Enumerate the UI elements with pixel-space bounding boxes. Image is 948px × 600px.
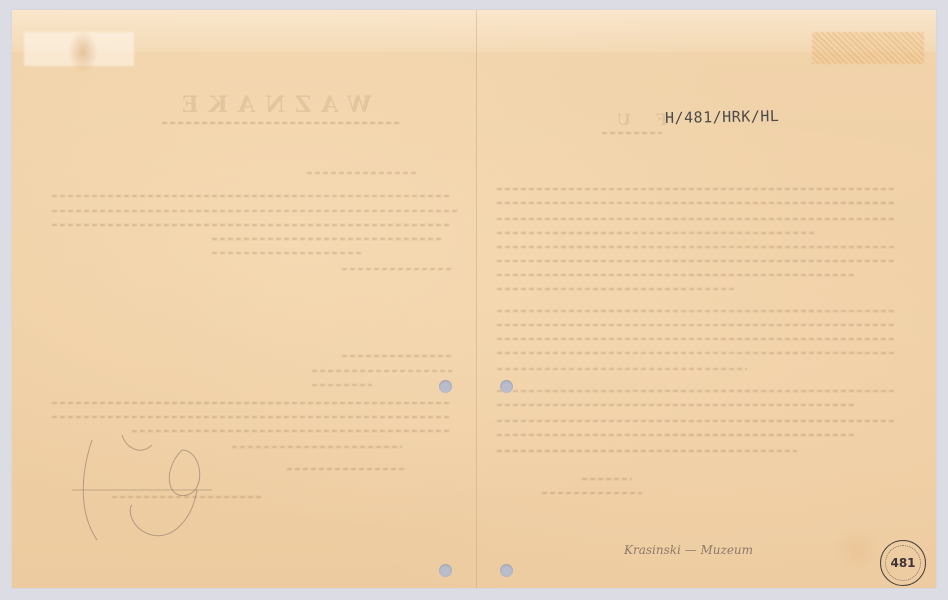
punch-hole	[500, 564, 513, 577]
bleed-through-line	[287, 468, 407, 470]
bleed-through-line	[52, 402, 452, 404]
bleed-through-line	[52, 224, 452, 226]
museum-stamp: 481	[880, 540, 926, 586]
bleed-through-line	[212, 238, 442, 240]
bleed-through-line	[497, 188, 897, 190]
bleed-through-line	[497, 202, 897, 204]
bleed-through-line	[342, 268, 452, 270]
pencil-signature-icon	[72, 430, 272, 550]
bleed-through-line	[542, 492, 642, 494]
bleed-through-header: WAZNAKE	[172, 92, 372, 118]
bleed-through-line	[497, 390, 897, 392]
bleed-through-line	[497, 434, 857, 436]
bleed-through-line	[497, 352, 897, 354]
archival-reference: H/481/HRK/HL	[665, 107, 780, 127]
bleed-through-line	[497, 450, 797, 452]
bleed-through-line	[497, 260, 897, 262]
glue-stain	[68, 30, 98, 74]
tape-residue-right	[812, 32, 924, 64]
bleed-through-line	[497, 368, 747, 370]
bleed-through-line	[162, 122, 402, 124]
bleed-through-line	[497, 246, 897, 248]
bleed-through-line	[52, 416, 452, 418]
punch-hole	[439, 380, 452, 393]
bleed-through-line	[312, 384, 372, 386]
bleed-through-line	[497, 218, 897, 220]
bleed-through-line	[312, 370, 452, 372]
bleed-through-line	[582, 478, 632, 480]
bleed-through-line	[497, 310, 897, 312]
bleed-through-line	[497, 288, 737, 290]
paper-stain	[832, 530, 882, 570]
handwritten-note: Krasinski — Muzeum	[624, 543, 753, 557]
bleed-through-line	[497, 324, 897, 326]
paper-edge-highlight	[12, 10, 936, 52]
bleed-through-line	[602, 132, 662, 134]
bleed-through-line	[497, 232, 817, 234]
bleed-through-line	[307, 172, 417, 174]
bleed-through-line	[497, 404, 857, 406]
bleed-through-line	[342, 355, 452, 357]
bleed-through-line	[52, 195, 452, 197]
document-sheet: WAZNAKE F U	[12, 10, 936, 588]
punch-hole	[439, 564, 452, 577]
center-fold-line	[476, 10, 477, 588]
stamp-number: 481	[890, 556, 915, 570]
bleed-through-line	[497, 274, 857, 276]
bleed-through-line	[52, 210, 457, 212]
bleed-through-line	[497, 338, 897, 340]
bleed-through-header-right: F U	[607, 110, 668, 129]
bleed-through-line	[497, 420, 897, 422]
bleed-through-line	[212, 252, 362, 254]
punch-hole	[500, 380, 513, 393]
